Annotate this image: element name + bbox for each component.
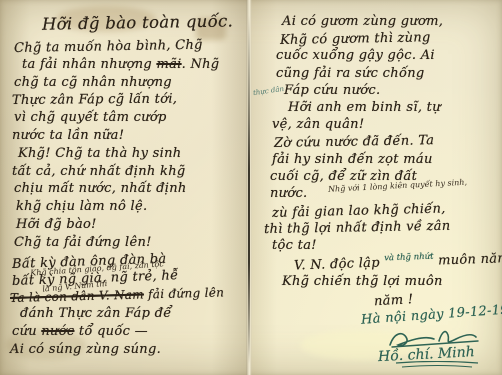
manuscript-line: Ai có gươm zùng gươm, bbox=[282, 13, 496, 30]
manuscript-photo: Hỡi đg̃ bào toàn quốc. Chg̃ ta muốn hòa … bbox=[0, 0, 502, 375]
manuscript-line: ta fải nhân nhượng mãi. Nhg̃ bbox=[22, 56, 238, 74]
signature-block: Hồ. chí. Minh bbox=[378, 327, 498, 369]
line-segment: ta fải nhân nhượng bbox=[22, 57, 156, 72]
manuscript-line: tất cả, chứ nhất định khg̃ bbox=[12, 163, 238, 181]
manuscript-line: chịu mất nước, nhất định bbox=[14, 180, 238, 198]
left-page-text: Hỡi đg̃ bào toàn quốc. Chg̃ ta muốn hòa … bbox=[0, 0, 246, 358]
manuscript-line: đánh Thực zân Fáp để bbox=[20, 305, 238, 323]
line-segment: fải đứng lên bbox=[144, 286, 225, 302]
manuscript-line: Ai có súng zùng súng. bbox=[10, 341, 238, 359]
manuscript-line: Zờ cứu nước đã đến. Ta bbox=[274, 131, 496, 152]
manuscript-line: thì thg̃ lợi nhất định về zân bbox=[264, 217, 496, 238]
manuscript-line: Hỡi đg̃ bào! bbox=[16, 216, 238, 234]
line-segment: V. N. độc lập bbox=[294, 255, 385, 273]
struck-word: nước bbox=[41, 324, 74, 339]
struck-phrase: Ta là con dân V. Nam bbox=[10, 288, 144, 306]
manuscript-page-left: Hỡi đg̃ bào toàn quốc. Chg̃ ta muốn hòa … bbox=[0, 0, 246, 375]
manuscript-line: cuốc xuổng gậy gộc. Ai bbox=[276, 47, 496, 64]
manuscript-line: Khg̃! Chg̃ ta thà hy sinh bbox=[18, 145, 238, 163]
manuscript-line: cũng fải ra sức chống bbox=[276, 65, 496, 82]
manuscript-line: khg̃ chịu làm nô lệ. bbox=[16, 198, 238, 216]
manuscript-line: Fáp cứu nước. bbox=[284, 82, 496, 99]
manuscript-line: Thực zân Fáp cg̃ lấn tới, bbox=[12, 90, 238, 110]
line-segment: . Nhg̃ bbox=[182, 57, 220, 72]
manuscript-line: nước ta lần nữa! bbox=[12, 127, 238, 145]
manuscript-line: vì chg̃ quyết tâm cướp bbox=[14, 109, 238, 127]
struck-word: mãi bbox=[156, 57, 181, 72]
manuscript-line: Khg̃ có gươm thì zùng bbox=[280, 28, 496, 49]
manuscript-line: fải hy sinh đến zọt máu bbox=[272, 151, 496, 168]
manuscript-page-right: thực dân Ai có gươm zùng gươm, Khg̃ có g… bbox=[252, 0, 502, 375]
line-segment: cứu bbox=[12, 324, 41, 339]
manuscript-line: cứu nước tổ quốc — bbox=[12, 323, 238, 341]
right-page-text: Ai có gươm zùng gươm, Khg̃ có gươm thì z… bbox=[252, 0, 502, 369]
interline-insert: và thg̃ nhứt bbox=[384, 251, 434, 263]
manuscript-line: Chg̃ ta muốn hòa bình, Chg̃ bbox=[14, 36, 238, 58]
manuscript-line: chg̃ ta cg̃ nhân nhượng bbox=[14, 74, 238, 92]
gutter-fold-line bbox=[248, 0, 250, 375]
manuscript-title: Hỡi đg̃ bào toàn quốc. bbox=[42, 9, 238, 36]
manuscript-line: Hỡi anh em binh sĩ, tự bbox=[288, 99, 496, 116]
line-segment: tổ quốc — bbox=[74, 324, 148, 339]
line-segment: nước. bbox=[270, 186, 308, 201]
line-segment: muôn năm! bbox=[433, 251, 502, 269]
